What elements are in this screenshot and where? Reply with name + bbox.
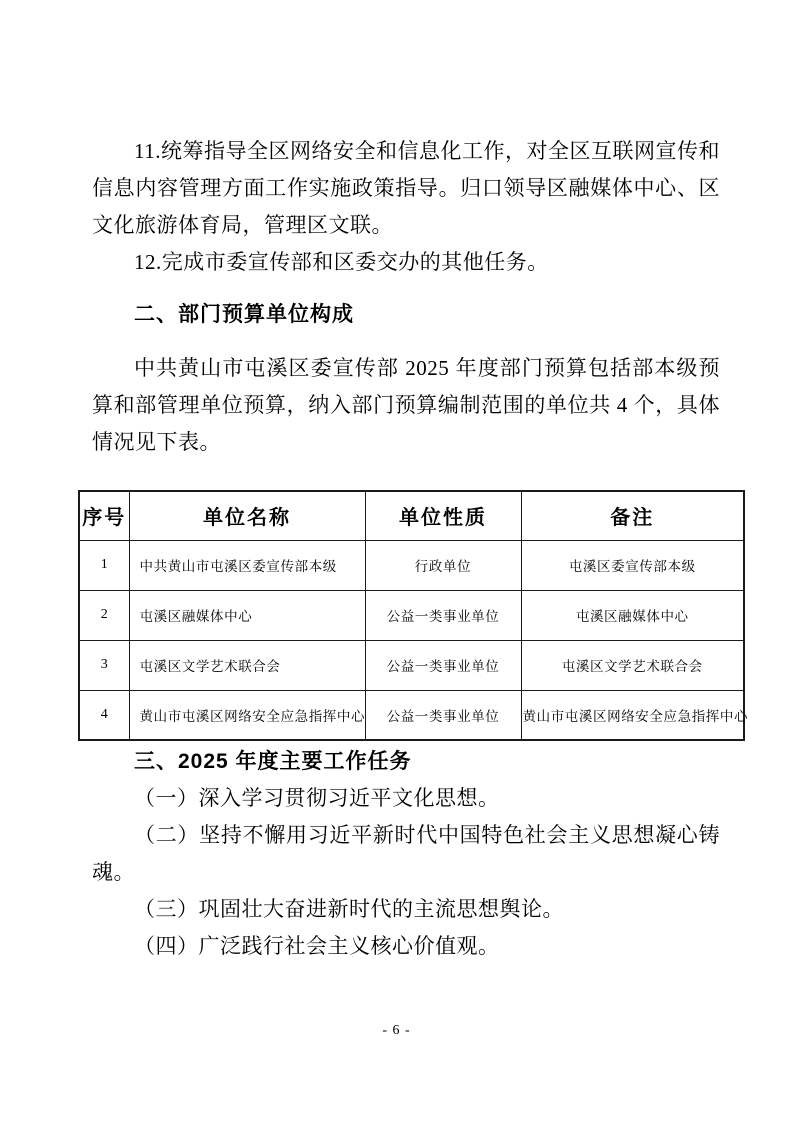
paragraph-item-11: 11.统筹指导全区网络安全和信息化工作，对全区互联网宣传和信息内容管理方面工作实… bbox=[92, 133, 720, 244]
cell-name: 黄山市屯溪区网络安全应急指挥中心 bbox=[129, 690, 365, 740]
table-row: 1 中共黄山市屯溪区委宣传部本级 行政单位 屯溪区委宣传部本级 bbox=[79, 540, 744, 590]
page-content: 11.统筹指导全区网络安全和信息化工作，对全区互联网宣传和信息内容管理方面工作实… bbox=[0, 0, 793, 965]
cell-note: 黄山市屯溪区网络安全应急指挥中心 bbox=[521, 690, 744, 740]
cell-note: 屯溪区融媒体中心 bbox=[521, 590, 744, 640]
cell-name: 中共黄山市屯溪区委宣传部本级 bbox=[129, 540, 365, 590]
header-cell-name: 单位名称 bbox=[129, 491, 365, 540]
header-cell-type: 单位性质 bbox=[365, 491, 521, 540]
task-item-1: （一）深入学习贯彻习近平文化思想。 bbox=[92, 780, 720, 817]
budget-units-table: 序号 单位名称 单位性质 备注 1 中共黄山市屯溪区委宣传部本级 行政单位 屯溪… bbox=[78, 490, 745, 741]
paragraph-item-12: 12.完成市委宣传部和区委交办的其他任务。 bbox=[92, 244, 720, 281]
cell-type: 行政单位 bbox=[365, 540, 521, 590]
cell-no: 4 bbox=[79, 690, 129, 740]
table-row: 2 屯溪区融媒体中心 公益一类事业单位 屯溪区融媒体中心 bbox=[79, 590, 744, 640]
section-3-heading: 三、2025 年度主要工作任务 bbox=[92, 743, 720, 780]
cell-name: 屯溪区融媒体中心 bbox=[129, 590, 365, 640]
table-header-row: 序号 单位名称 单位性质 备注 bbox=[79, 491, 744, 540]
document-page: 11.统筹指导全区网络安全和信息化工作，对全区互联网宣传和信息内容管理方面工作实… bbox=[0, 0, 793, 1122]
cell-note: 屯溪区委宣传部本级 bbox=[521, 540, 744, 590]
cell-name: 屯溪区文学艺术联合会 bbox=[129, 640, 365, 690]
task-item-3: （三）巩固壮大奋进新时代的主流思想舆论。 bbox=[92, 891, 720, 928]
cell-note: 屯溪区文学艺术联合会 bbox=[521, 640, 744, 690]
cell-type: 公益一类事业单位 bbox=[365, 640, 521, 690]
header-cell-no: 序号 bbox=[79, 491, 129, 540]
task-item-2: （二）坚持不懈用习近平新时代中国特色社会主义思想凝心铸魂。 bbox=[92, 817, 720, 891]
cell-no: 1 bbox=[79, 540, 129, 590]
table-row: 3 屯溪区文学艺术联合会 公益一类事业单位 屯溪区文学艺术联合会 bbox=[79, 640, 744, 690]
cell-type: 公益一类事业单位 bbox=[365, 590, 521, 640]
cell-type: 公益一类事业单位 bbox=[365, 690, 521, 740]
cell-no: 2 bbox=[79, 590, 129, 640]
section-2-heading: 二、部门预算单位构成 bbox=[92, 296, 720, 333]
task-item-4: （四）广泛践行社会主义核心价值观。 bbox=[92, 928, 720, 965]
table-row: 4 黄山市屯溪区网络安全应急指挥中心 公益一类事业单位 黄山市屯溪区网络安全应急… bbox=[79, 690, 744, 740]
page-number: - 6 - bbox=[0, 1023, 793, 1039]
header-cell-note: 备注 bbox=[521, 491, 744, 540]
cell-no: 3 bbox=[79, 640, 129, 690]
section-2-intro: 中共黄山市屯溪区委宣传部 2025 年度部门预算包括部本级预算和部管理单位预算，… bbox=[92, 350, 720, 461]
